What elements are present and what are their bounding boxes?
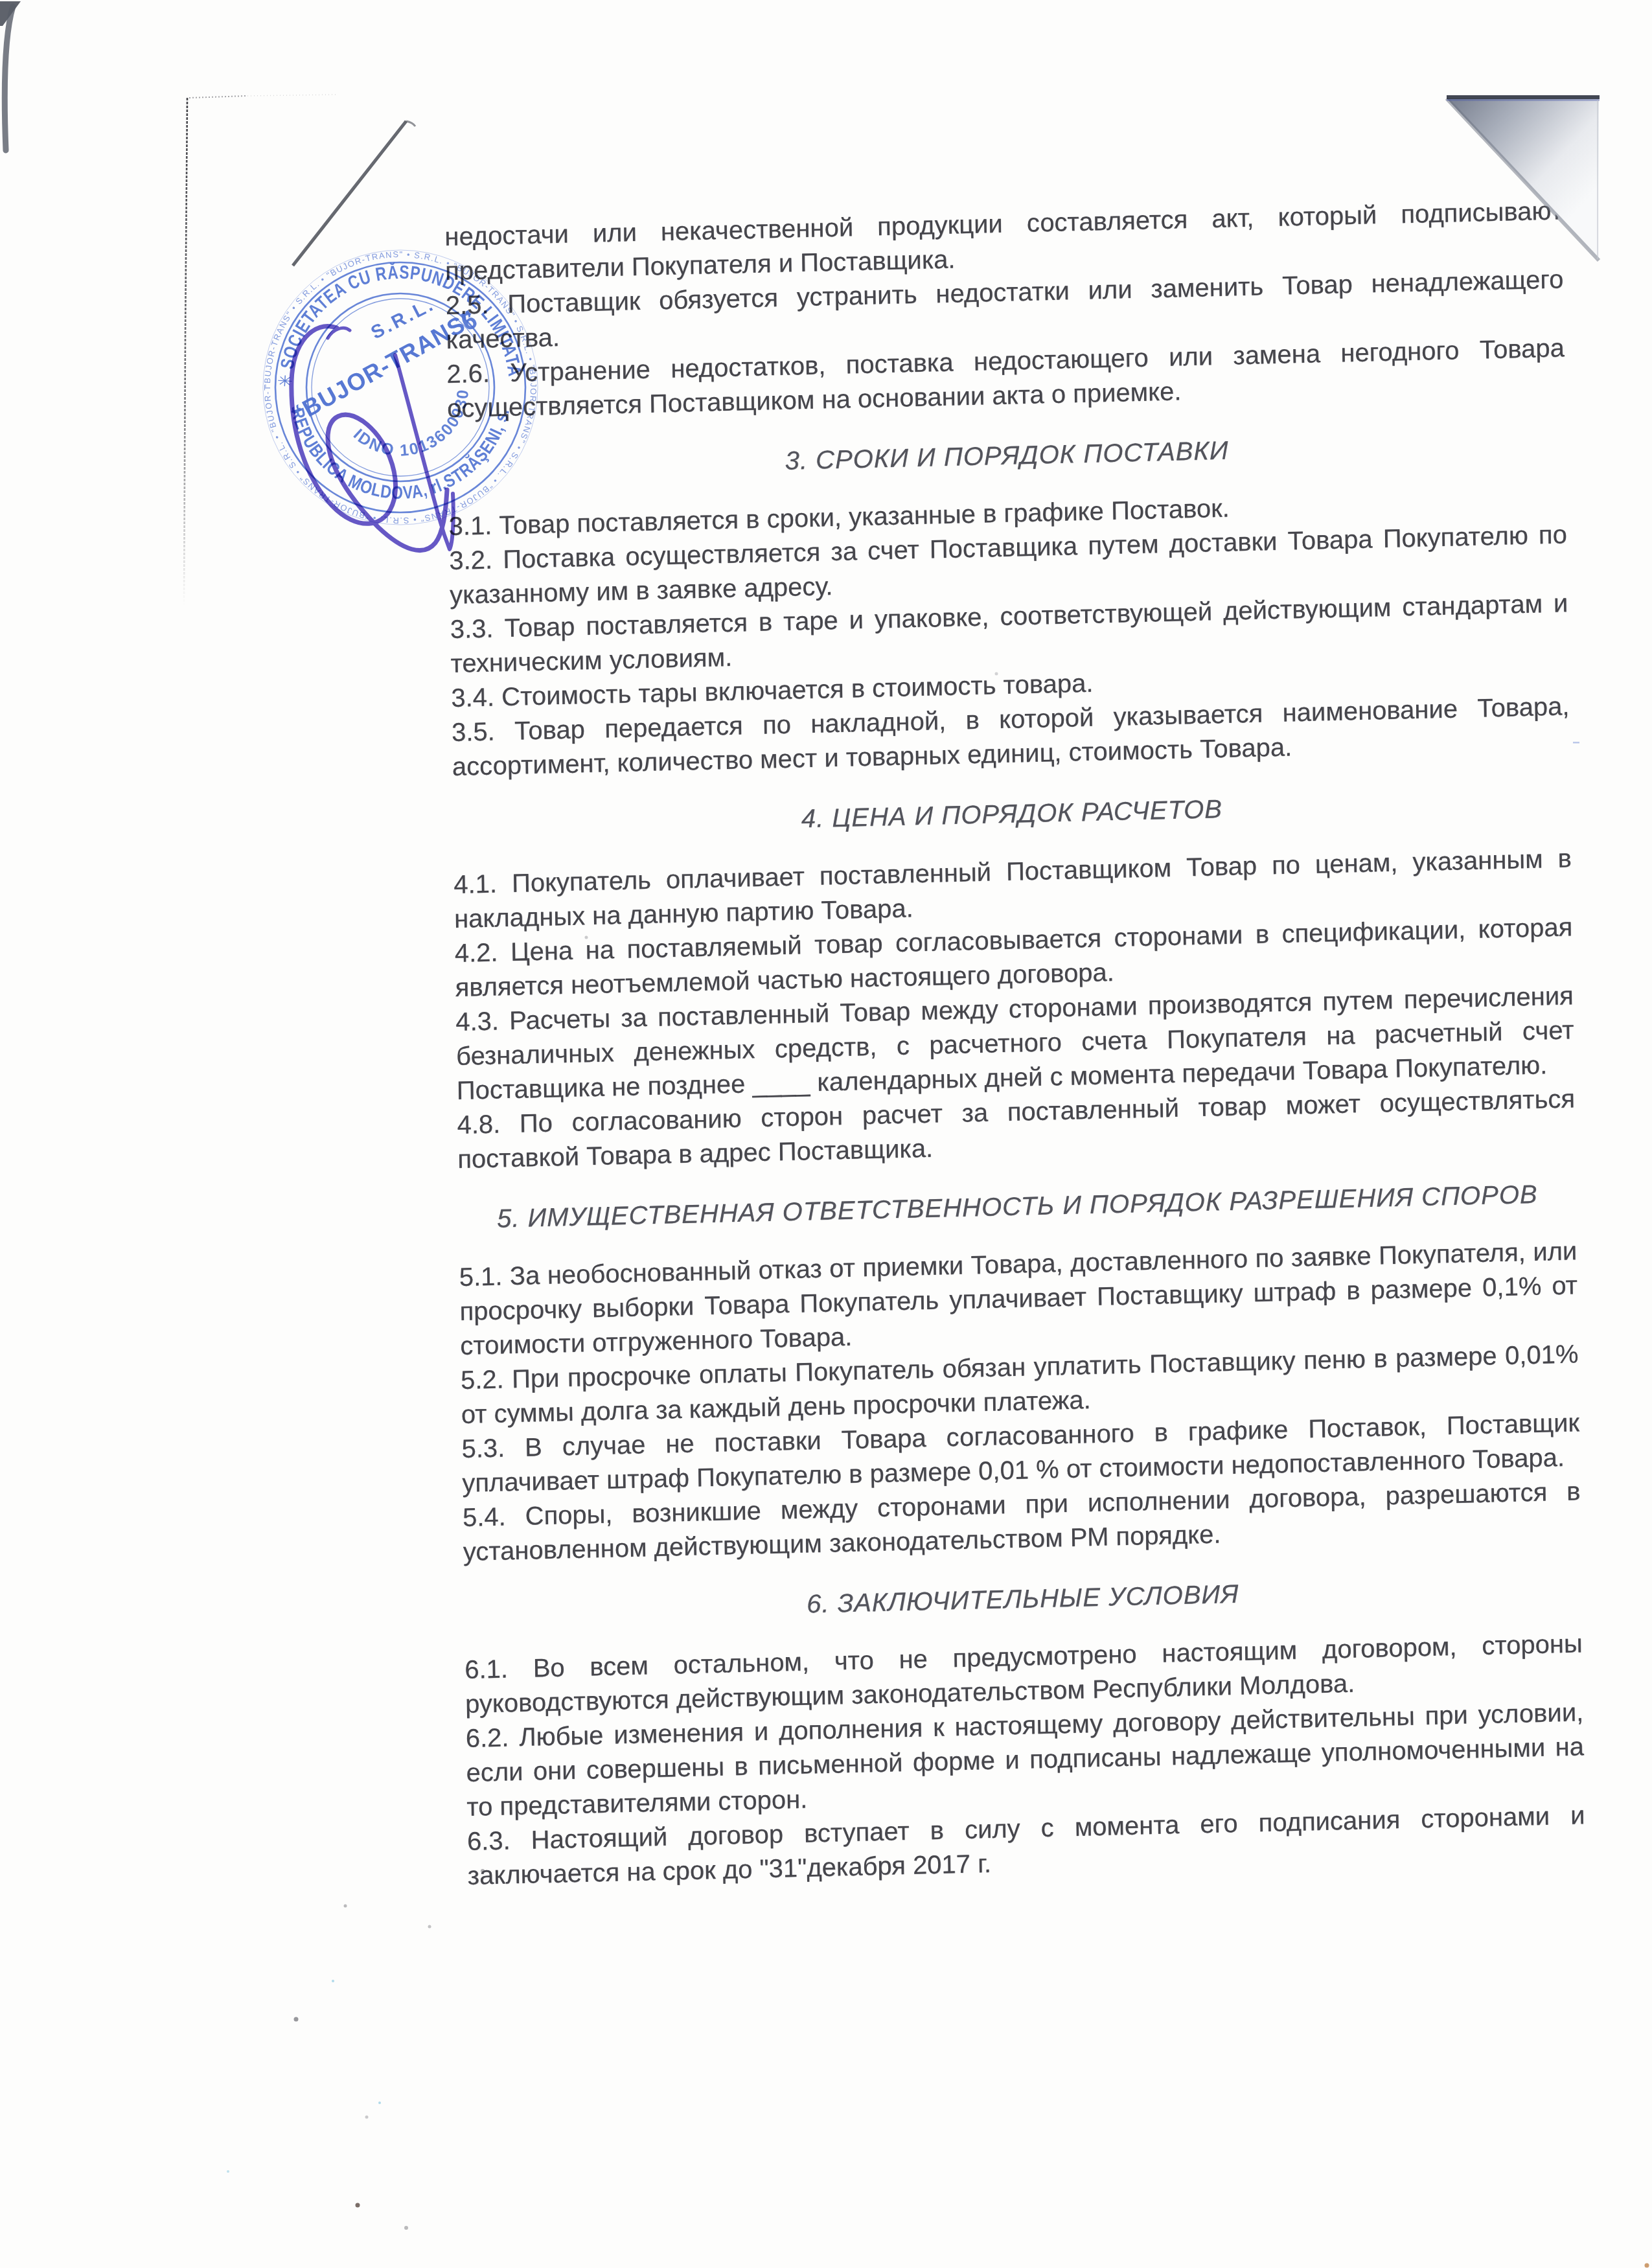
section-heading: 4. ЦЕНА И ПОРЯДОК РАСЧЕТОВ: [453, 784, 1571, 845]
section-heading: 3. СРОКИ И ПОРЯДОК ПОСТАВКИ: [448, 426, 1566, 487]
company-stamp-icon: "BUJOR-TRANS" • S.R.L. • "BUJOR-TRANS" •…: [261, 251, 540, 523]
contract-section: недостачи или некачественной продукции с…: [444, 194, 1565, 426]
contract-section: 4. ЦЕНА И ПОРЯДОК РАСЧЕТОВ4.1. Покупател…: [453, 784, 1576, 1177]
contract-body: недостачи или некачественной продукции с…: [444, 194, 1585, 1894]
contract-section: 6. ЗАКЛЮЧИТЕЛЬНЫЕ УСЛОВИЯ6.1. Во всем ос…: [464, 1569, 1586, 1894]
section-heading: 6. ЗАКЛЮЧИТЕЛЬНЫЕ УСЛОВИЯ: [464, 1569, 1582, 1630]
contract-section: 3. СРОКИ И ПОРЯДОК ПОСТАВКИ3.1. Товар по…: [448, 426, 1570, 785]
section-heading: 5. ИМУЩЕСТВЕННАЯ ОТВЕТСТВЕННОСТЬ И ПОРЯД…: [458, 1176, 1576, 1237]
stamp-idno-text: IDNO 1013600030: [350, 387, 472, 460]
scanned-contract-page: недостачи или некачественной продукции с…: [0, 0, 1652, 2268]
contract-section: 5. ИМУЩЕСТВЕННАЯ ОТВЕТСТВЕННОСТЬ И ПОРЯД…: [458, 1176, 1581, 1570]
